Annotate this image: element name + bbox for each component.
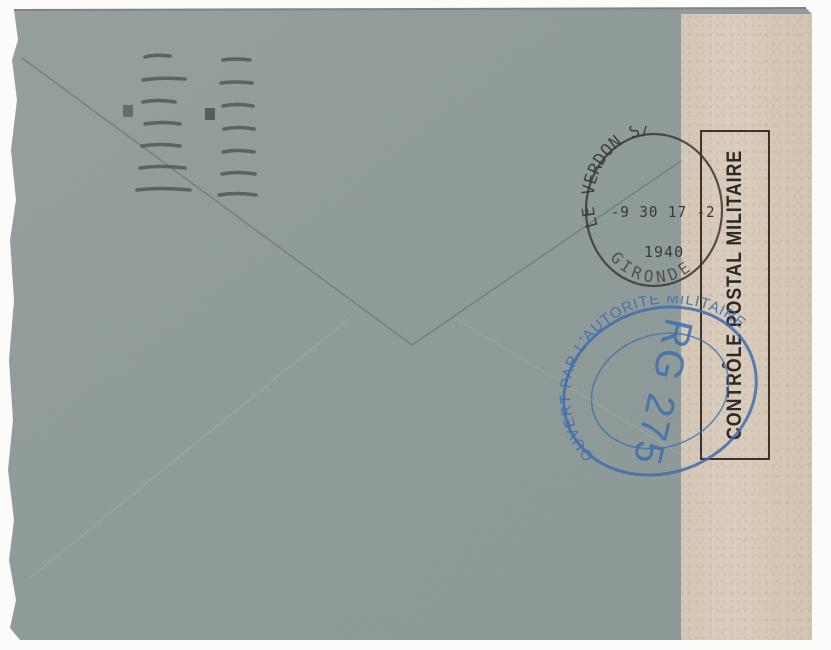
machine-cancel-strikes <box>115 50 265 200</box>
envelope-back-photo: CONTRÔLE POSTAL MILITAIRE LE VERDON S/ G… <box>0 0 831 650</box>
postmark-year: 1940 <box>644 243 684 261</box>
postmark-date: -9 30 17 -2 <box>611 203 716 221</box>
